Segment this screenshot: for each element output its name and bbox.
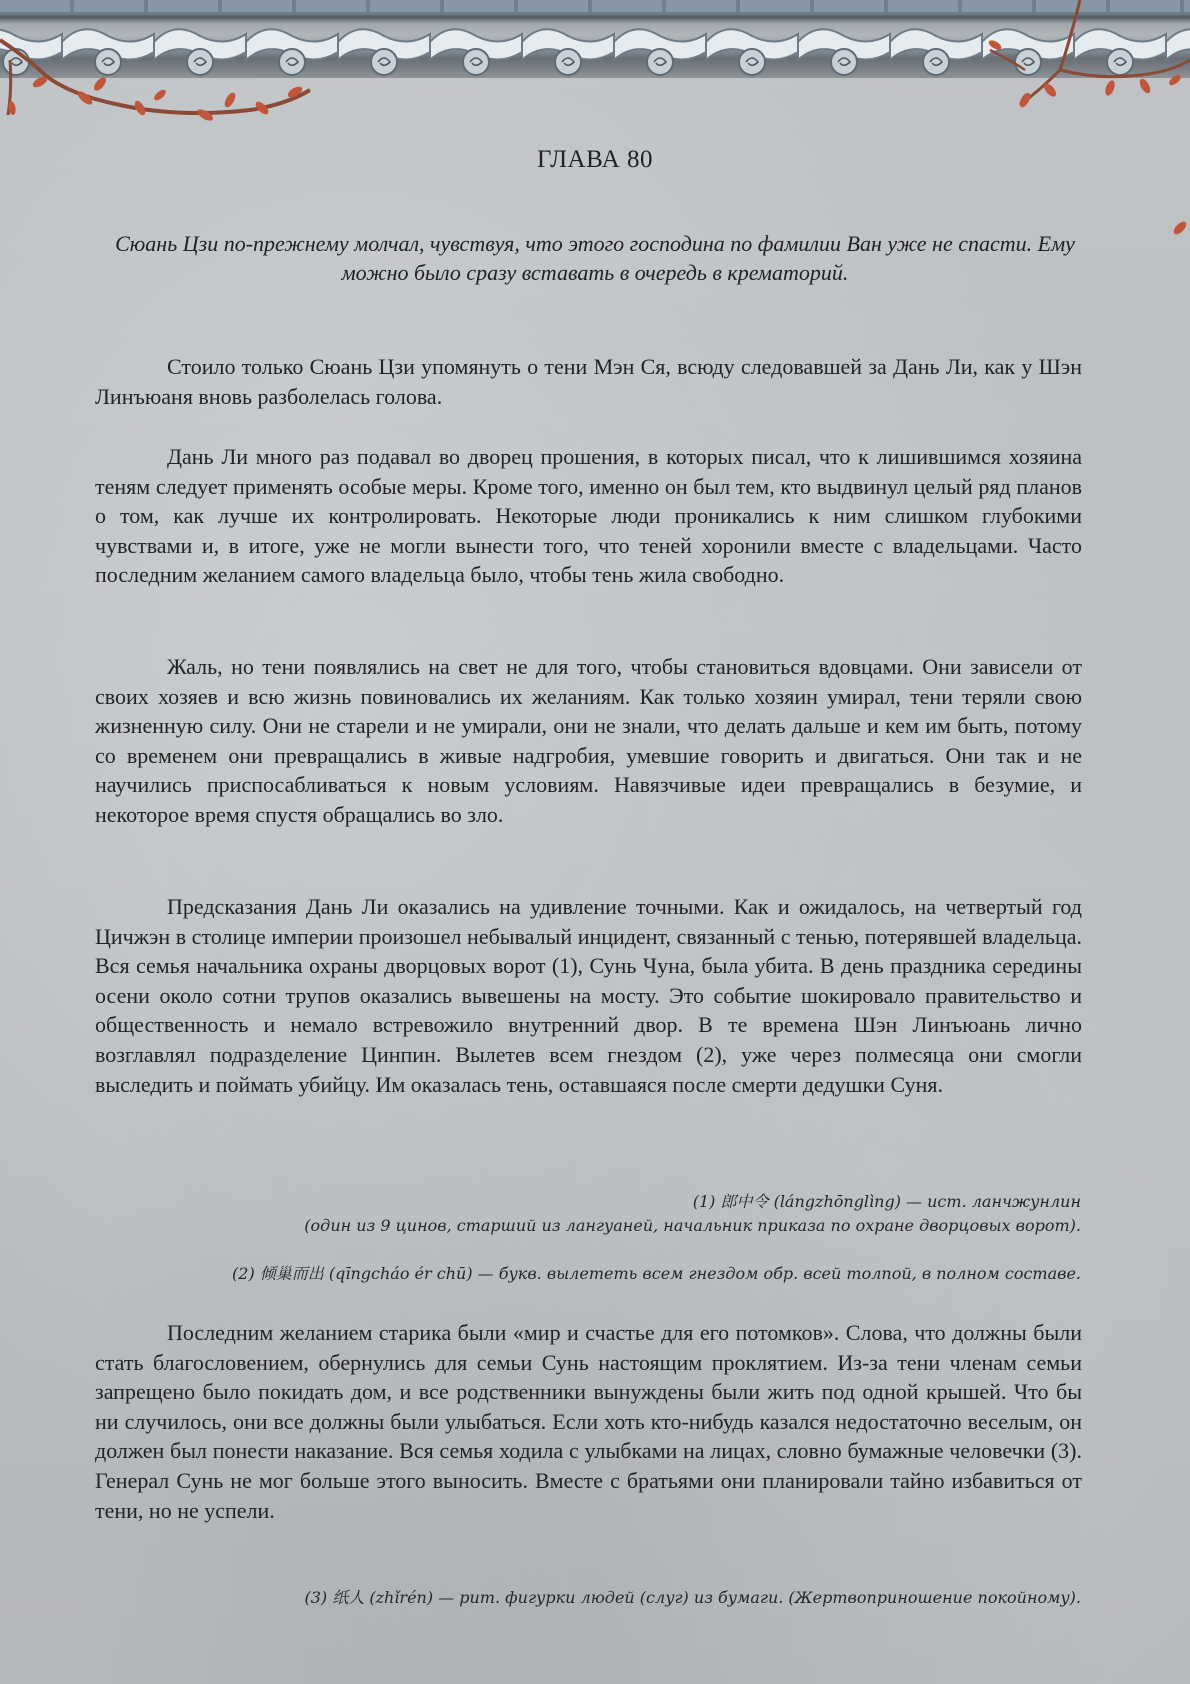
footnote-3: (3) 纸人 (zhǐrén) — рит. фигурки людей (сл… xyxy=(141,1586,1081,1610)
paragraph: Жаль, но тени появлялись на свет не для … xyxy=(95,652,1082,830)
chapter-title: ГЛАВА 80 xyxy=(0,146,1190,174)
blossom-branch-icon xyxy=(930,0,1190,240)
footnote-1-line1: (1) 郎中令 (lángzhōnglìng) — ист. ланчжунли… xyxy=(141,1190,1081,1214)
blossom-branch-icon xyxy=(0,0,320,140)
footnote-1-line2: (один из 9 цинов, старший из лангуаней, … xyxy=(141,1214,1081,1238)
paragraph: Стоило только Сюань Цзи упомянуть о тени… xyxy=(95,352,1082,411)
paragraph: Предсказания Дань Ли оказались на удивле… xyxy=(95,892,1082,1099)
footnote-3-line1: (3) 纸人 (zhǐrén) — рит. фигурки людей (сл… xyxy=(141,1586,1081,1610)
paragraph: Последним желанием старика были «мир и с… xyxy=(95,1318,1082,1525)
paragraph: Дань Ли много раз подавал во дворец прош… xyxy=(95,442,1082,590)
chapter-epigraph: Сюань Цзи по-прежнему молчал, чувствуя, … xyxy=(95,229,1095,287)
footnote-2-line1: (2) 倾巢而出 (qīngcháo ér chū) — букв. вылет… xyxy=(141,1262,1081,1286)
footnote-1: (1) 郎中令 (lángzhōnglìng) — ист. ланчжунли… xyxy=(141,1190,1081,1238)
footnote-2: (2) 倾巢而出 (qīngcháo ér chū) — букв. вылет… xyxy=(141,1262,1081,1286)
